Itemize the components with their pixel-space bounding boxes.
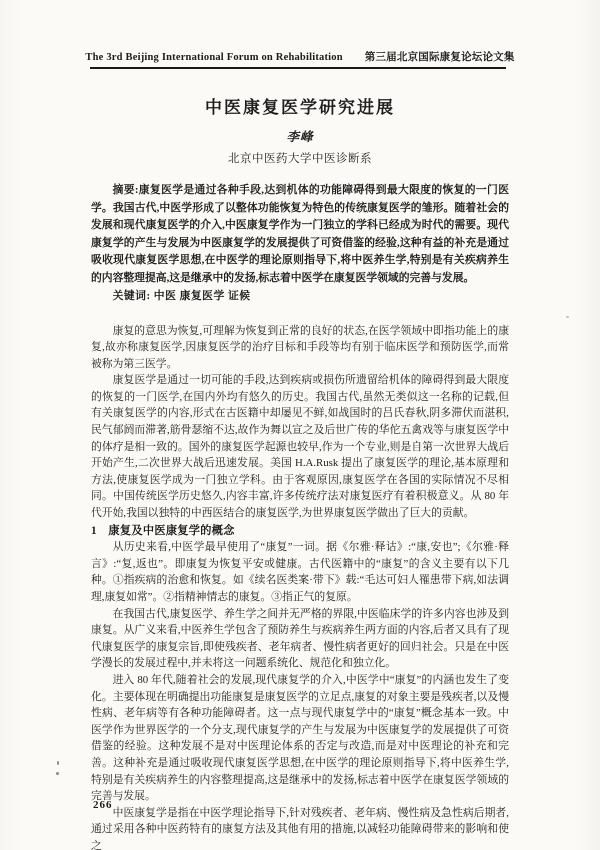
author-name: 李峰 [91, 127, 509, 145]
abstract-paragraph: 摘要:康复医学是通过各种手段,达到机体的功能障碍得到最大限度的恢复的一门医学。我… [91, 182, 509, 287]
article-title: 中医康复医学研究进展 [91, 93, 509, 118]
scan-speck [566, 316, 569, 318]
keywords-text: 中医 康复医学 证候 [154, 290, 251, 302]
keywords-label: 关键词: [113, 290, 151, 302]
body-paragraph-3: 从历史来看,中医学最早使用了“康复”一词。据《尔雅·释诂》:“康,安也”;《尔雅… [91, 539, 509, 605]
scan-speck [56, 772, 59, 775]
body-paragraph-5: 进入 80 年代,随着社会的发展,现代康复学的介入,中医学中“康复”的内涵也发生… [91, 672, 509, 805]
page-number: 266 [93, 799, 113, 811]
header-title-en: The 3rd Beijing International Forum on R… [85, 52, 342, 63]
abstract-text: 康复医学是通过各种手段,达到机体的功能障碍得到最大限度的恢复的一门医学。我国古代… [91, 184, 509, 284]
abstract-label: 摘要: [113, 184, 139, 196]
running-header: The 3rd Beijing International Forum on R… [0, 0, 600, 64]
body-paragraph-6: 中医康复学是指在中医学理论指导下,针对残疾者、老年病、慢性病及急性病后期者,通过… [91, 805, 509, 850]
body-paragraph-2: 康复医学是通过一切可能的手段,达到疾病或损伤所遗留给机体的障碍得到最大限度的恢复… [91, 372, 509, 521]
article-body: 康复的意思为恢复,可理解为恢复到正常的良好的状态,在医学领域中即指功能上的康复,… [91, 323, 509, 850]
body-paragraph-1: 康复的意思为恢复,可理解为恢复到正常的良好的状态,在医学领域中即指功能上的康复,… [91, 323, 509, 373]
body-paragraph-4: 在我国古代,康复医学、养生学之间并无严格的界限,中医临床学的许多内容也涉及到康复… [91, 606, 509, 672]
document-page: The 3rd Beijing International Forum on R… [0, 0, 600, 850]
keywords-line: 关键词: 中医 康复医学 证候 [91, 288, 509, 306]
header-rule [90, 67, 506, 69]
scan-speck [57, 761, 59, 765]
header-title-zh: 第三届北京国际康复论坛论文集 [365, 49, 515, 64]
article-content: 中医康复医学研究进展 李峰 北京中医药大学中医诊断系 摘要:康复医学是通过各种手… [91, 93, 509, 850]
author-affiliation: 北京中医药大学中医诊断系 [91, 150, 509, 166]
section-1-heading: 1 康复及中医康复学的概念 [91, 523, 509, 540]
